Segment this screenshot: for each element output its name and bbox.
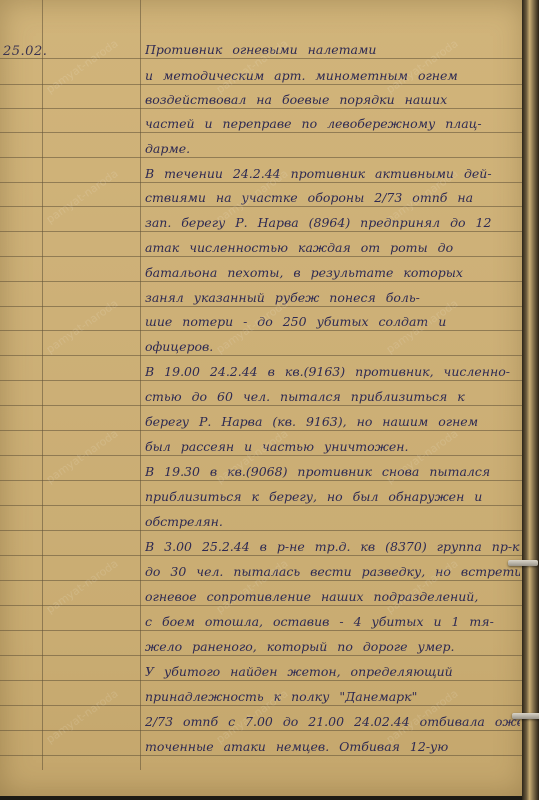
ruled-line (0, 480, 522, 481)
ruled-line (0, 132, 522, 133)
text-line: офицеров. (145, 340, 520, 354)
ruled-line (0, 655, 522, 656)
text-line: частей и переправе по левобережному плац… (145, 117, 520, 131)
text-line: У убитого найден жетон, определяющий (145, 665, 520, 679)
text-line: занял указанный рубеж понеся боль- (145, 291, 520, 305)
ruled-line (0, 680, 522, 681)
ruled-line (0, 84, 522, 85)
ruled-line (0, 108, 522, 109)
ruled-line (0, 430, 522, 431)
text-line: батальона пехоты, в результате которых (145, 266, 520, 280)
text-line: дарме. (145, 142, 520, 156)
text-line: стью до 60 чел. пытался приблизиться к (145, 390, 520, 404)
text-line: Противник огневыми налетами (145, 43, 520, 57)
ruled-line (0, 231, 522, 232)
text-line: приблизиться к берегу, но был обнаружен … (145, 490, 520, 504)
text-line: В 3.00 25.2.44 в р-не тр.д. кв (8370) гр… (145, 540, 520, 554)
ruled-line (0, 256, 522, 257)
text-line: точенные атаки немцев. Отбивая 12-ую (145, 740, 520, 754)
text-line: с боем отошла, оставив - 4 убитых и 1 тя… (145, 615, 520, 629)
text-line: до 30 чел. пыталась вести разведку, но в… (145, 565, 520, 579)
ruled-line (0, 355, 522, 356)
text-line: 2/73 отпб с 7.00 до 21.00 24.02.44 отбив… (145, 715, 520, 729)
ruled-line (0, 605, 522, 606)
text-line: В 19.30 в кв.(9068) противник снова пыта… (145, 465, 520, 479)
text-line: зап. берегу Р. Нарва (8964) предпринял д… (145, 216, 520, 230)
ruled-line (0, 705, 522, 706)
text-line: жело раненого, который по дороге умер. (145, 640, 520, 654)
ruled-line (0, 555, 522, 556)
ruled-line (0, 157, 522, 158)
ruled-line (0, 330, 522, 331)
text-line: берегу Р. Нарва (кв. 9163), но нашим огн… (145, 415, 520, 429)
text-line: В течении 24.2.44 противник активными де… (145, 167, 520, 181)
text-line: был рассеян и частью уничтожен. (145, 440, 520, 454)
ruled-line (0, 206, 522, 207)
text-line: ствиями на участке обороны 2/73 отпб на (145, 191, 520, 205)
text-line: и методическим арт. минометным огнем (145, 69, 520, 83)
ruled-line (0, 730, 522, 731)
ruled-line (0, 405, 522, 406)
ruled-line (0, 182, 522, 183)
text-line: воздействовал на боевые порядки наших (145, 93, 520, 107)
page-binding-edge (522, 0, 539, 800)
ruled-line (0, 630, 522, 631)
entry-date: 25.02. (3, 44, 47, 59)
ruled-line (0, 306, 522, 307)
ruled-line (0, 58, 522, 59)
text-line: шие потери - до 250 убитых солдат и (145, 315, 520, 329)
ruled-line (0, 580, 522, 581)
ruled-line (0, 281, 522, 282)
ruled-line (0, 755, 522, 756)
ruled-line (0, 380, 522, 381)
text-line: В 19.00 24.2.44 в кв.(9163) противник, ч… (145, 365, 520, 379)
text-line: огневое сопротивление наших подразделени… (145, 590, 520, 604)
ruled-line (0, 455, 522, 456)
text-line: принадлежность к полку "Данемарк" (145, 690, 520, 704)
ruled-line (0, 505, 522, 506)
text-line: обстрелян. (145, 515, 520, 529)
ruled-line (0, 530, 522, 531)
text-line: атак численностью каждая от роты до (145, 241, 520, 255)
